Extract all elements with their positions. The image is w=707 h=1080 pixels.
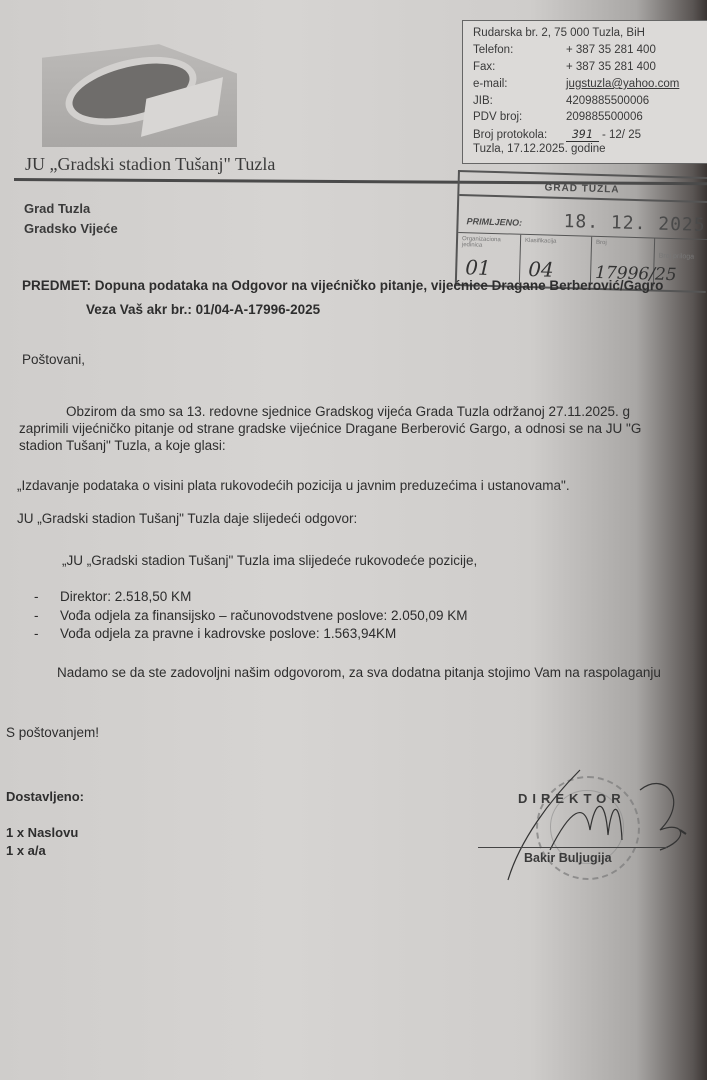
address: Rudarska br. 2, 75 000 Tuzla, BiH (473, 27, 645, 39)
list-item: -Vođa odjela za pravne i kadrovske poslo… (34, 625, 468, 644)
contact-box: Rudarska br. 2, 75 000 Tuzla, BiH Telefo… (462, 20, 707, 164)
signature-scribble-icon (490, 760, 700, 890)
email-link[interactable]: jugstuzla@yahoo.com (566, 78, 679, 90)
contact-phone: Telefon:+ 387 35 281 400 (473, 44, 656, 56)
regards: S poštovanjem! (6, 725, 99, 740)
contact-email: e-mail:jugstuzla@yahoo.com (473, 78, 679, 90)
protocol-number: Broj protokola:391 - 12/ 25 (473, 127, 641, 141)
receipt-stamp: GRAD TUZLA PRIMLJENO: 18. 12. 2025 Organ… (455, 170, 707, 293)
stamp-received-date: 18. 12. 2025 (563, 211, 706, 236)
answer-lead: „JU „Gradski stadion Tušanj" Tuzla ima s… (62, 553, 477, 568)
stamp-org: GRAD TUZLA (544, 182, 619, 195)
stamp-received-label: PRIMLJENO: (466, 216, 522, 228)
contact-jib: JIB:4209885500006 (473, 95, 649, 107)
paragraph1-line2: zaprimili vijećničko pitanje od strane g… (19, 421, 641, 436)
place-date: Tuzla, 17.12.2025. godine (473, 143, 606, 155)
protocol-handwritten: 391 (566, 127, 599, 142)
signature-line (478, 847, 668, 848)
question-quote: „Izdavanje podataka o visini plata rukov… (17, 478, 570, 493)
list-item: -Direktor: 2.518,50 KM (34, 588, 468, 607)
list-item: -Vođa odjela za finansijsko – računovods… (34, 607, 468, 626)
contact-pdv: PDV broj:209885500006 (473, 111, 643, 123)
recipient-line2: Gradsko Vijeće (24, 221, 118, 236)
delivery-item: 1 x Naslovu (6, 825, 78, 840)
reference-line: Veza Vaš akr br.: 01/04-A-17996-2025 (86, 302, 320, 317)
recipient-line1: Grad Tuzla (24, 201, 90, 216)
answer-intro: JU „Gradski stadion Tušanj" Tuzla daje s… (17, 511, 357, 526)
closing-line: Nadamo se da ste zadovoljni našim odgovo… (57, 665, 661, 680)
stadium-logo-icon (42, 42, 237, 147)
delivery-item: 1 x a/a (6, 843, 46, 858)
signatory-name: Bakir Buljugija (524, 851, 612, 865)
letter-page: JU „Gradski stadion Tušanj" Tuzla Rudars… (0, 0, 707, 1080)
stamp-cell-org-unit: Organizaciona jedinica 01 (457, 233, 521, 283)
paragraph1-line1: Obzirom da smo sa 13. redovne sjednice G… (66, 404, 630, 419)
contact-fax: Fax:+ 387 35 281 400 (473, 61, 656, 73)
delivery-title: Dostavljeno: (6, 789, 84, 804)
subject-line: PREDMET: Dopuna podataka na Odgovor na v… (22, 278, 663, 293)
institution-name: JU „Gradski stadion Tušanj" Tuzla (25, 154, 275, 175)
paragraph1-line3: stadion Tušanj" Tuzla, a koje glasi: (19, 438, 226, 453)
positions-list: -Direktor: 2.518,50 KM -Vođa odjela za f… (34, 588, 468, 644)
salutation: Poštovani, (22, 352, 85, 367)
signature-title: DIREKTOR (518, 791, 626, 806)
